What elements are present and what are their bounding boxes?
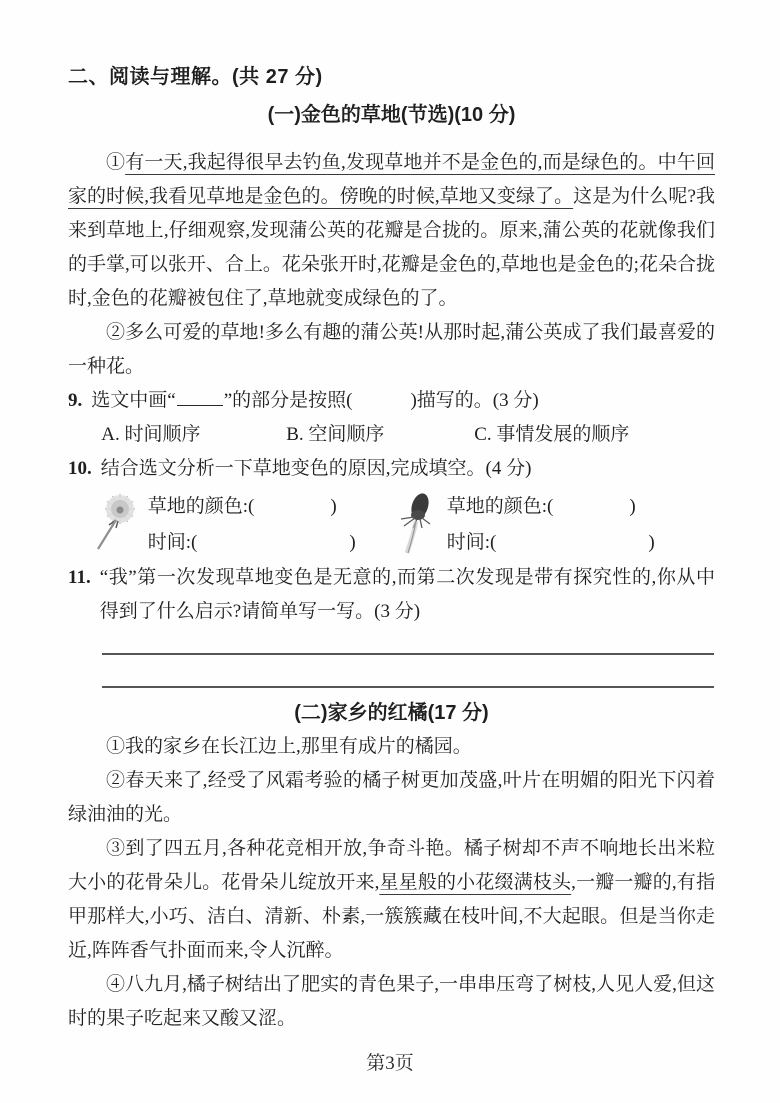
question-10-fill-area: 草地的颜色:( ) 时间:( ): [89, 489, 715, 561]
passage2-paragraph-1: ①我的家乡在长江边上,那里有成片的橘园。: [68, 730, 715, 764]
dandelion-closed-image: [392, 491, 440, 555]
question-10-text: 结合选文分析一下草地变色的原因,完成填空。(4 分): [101, 452, 715, 486]
passage2-paragraph-4: ④八九月,橘子树结出了肥实的青色果子,一串串压弯了树枝,人见人爱,但这时的果子吃…: [68, 968, 715, 1036]
fill-labels: 草地的颜色:( ) 时间:( ): [447, 489, 655, 561]
worksheet-page: 二、阅读与理解。(共 27 分) (一)金色的草地(节选)(10 分) ①有一天…: [0, 0, 780, 1103]
time-blank-2: 时间:( ): [447, 525, 655, 561]
section-header: 二、阅读与理解。(共 27 分): [68, 62, 715, 92]
passage2-title: (二)家乡的红橘(17 分): [68, 696, 715, 730]
option-a: A. 时间顺序: [101, 418, 286, 452]
question-9-number: 9.: [68, 384, 91, 452]
time-blank-1: 时间:( ): [148, 525, 356, 561]
passage1-paragraph-2: ②多么可爱的草地!多么有趣的蒲公英!从那时起,蒲公英成了我们最喜爱的一种花。: [68, 316, 715, 384]
passage2-underlined-text: 星星般的小花缀满枝头: [379, 872, 571, 893]
question-9-options: A. 时间顺序 B. 空间顺序 C. 事情发展的顺序: [91, 418, 715, 452]
grass-color-blank-1: 草地的颜色:( ): [148, 489, 356, 525]
fill-group-open-dandelion: 草地的颜色:( ) 时间:( ): [89, 489, 392, 561]
passage1-paragraph-1: ①有一天,我起得很早去钓鱼,发现草地并不是金色的,而是绿色的。中午回家的时候,我…: [68, 146, 715, 316]
fill-group-closed-dandelion: 草地的颜色:( ) 时间:( ): [392, 489, 655, 561]
paragraph-1-marker: ①: [106, 152, 125, 173]
question-11: 11. “我”第一次发现草地变色是无意的,而第二次发现是带有探究性的,你从中得到…: [68, 561, 715, 688]
question-10-body: 结合选文分析一下草地变色的原因,完成填空。(4 分): [101, 452, 715, 561]
passage2-paragraph-2: ②春天来了,经受了风霜考验的橘子树更加茂盛,叶片在明媚的阳光下闪着绿油油的光。: [68, 764, 715, 832]
page-content: 二、阅读与理解。(共 27 分) (一)金色的草地(节选)(10 分) ①有一天…: [0, 0, 780, 1036]
question-9-text-part1: 选文中画“: [91, 390, 175, 411]
grass-color-blank-2: 草地的颜色:( ): [447, 489, 655, 525]
option-b: B. 空间顺序: [286, 418, 474, 452]
question-9-text-part3: )描写的。(3 分): [410, 390, 538, 411]
passage1-title: (一)金色的草地(节选)(10 分): [68, 98, 715, 132]
option-c: C. 事情发展的顺序: [474, 418, 629, 452]
fill-labels: 草地的颜色:( ) 时间:( ): [148, 489, 356, 561]
passage2-paragraph-3: ③到了四五月,各种花竞相开放,争奇斗艳。橘子树却不声不响地长出米粒大小的花骨朵儿…: [68, 832, 715, 968]
footer-page-number: 第3页: [0, 1047, 780, 1081]
question-11-number: 11.: [68, 561, 100, 688]
question-9-text-part2: ”的部分是按照(: [224, 390, 353, 411]
quoted-blank-line: [177, 392, 223, 406]
answer-line-2: [102, 655, 714, 688]
question-9-body: 选文中画“”的部分是按照()描写的。(3 分) A. 时间顺序 B. 空间顺序 …: [91, 384, 715, 452]
question-11-body: “我”第一次发现草地变色是无意的,而第二次发现是带有探究性的,你从中得到了什么启…: [100, 561, 715, 688]
answer-line-1: [102, 629, 714, 655]
question-11-text: “我”第一次发现草地变色是无意的,而第二次发现是带有探究性的,你从中得到了什么启…: [100, 561, 715, 629]
question-9: 9. 选文中画“”的部分是按照()描写的。(3 分) A. 时间顺序 B. 空间…: [68, 384, 715, 452]
question-10: 10. 结合选文分析一下草地变色的原因,完成填空。(4 分): [68, 452, 715, 561]
dandelion-open-image: [89, 491, 141, 553]
question-11-answer-area: [102, 629, 714, 688]
question-9-text: 选文中画“”的部分是按照()描写的。(3 分): [91, 384, 715, 418]
